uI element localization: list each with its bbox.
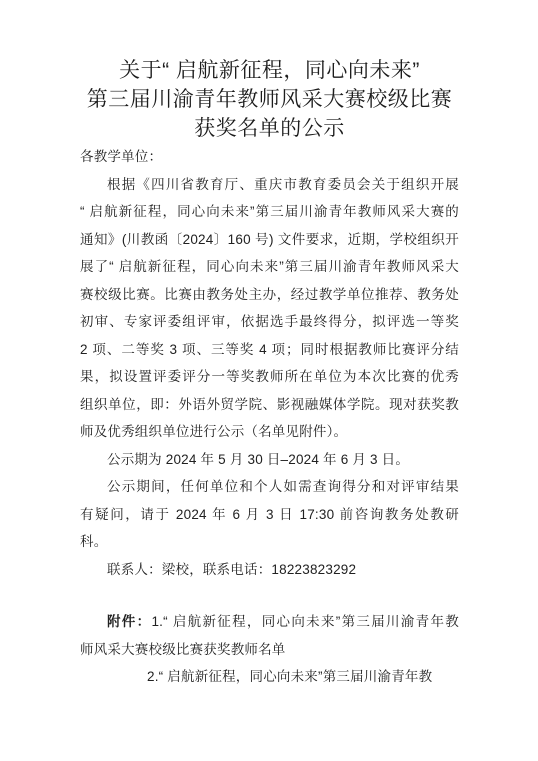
body-line: 根据《四川省教育厅、重庆市教育委员会关于组织开展	[80, 171, 459, 199]
line-text: 组织单位，即：外语外贸学院、影视融媒体学院。现对获奖教	[80, 397, 459, 412]
line-text: 师及优秀组织单位进行公示（名单见附件）。	[80, 424, 347, 439]
body-line: 师及优秀组织单位进行公示（名单见附件）。	[80, 418, 459, 446]
line-text: 果，拟设置评委评分一等奖教师所在单位为本次比赛的优秀	[80, 369, 459, 384]
line-text: 2 项、二等奖 3 项、三等奖 4 项；同时根据教师比赛评分结	[80, 342, 459, 357]
line-text: 联系人：梁校，联系电话：18223823292	[107, 562, 356, 577]
title-line-2: 第三届川渝青年教师风采大赛校级比赛	[80, 85, 459, 114]
body-line: 2 项、二等奖 3 项、三等奖 4 项；同时根据教师比赛评分结	[80, 336, 459, 364]
line-text: 展了“ 启航新征程，同心向未来”第三届川渝青年教师风采大	[80, 259, 459, 274]
line-text: 有疑问，请于 2024 年 6 月 3 日 17:30 前咨询教务处教研	[80, 507, 459, 522]
line-text: 公示期间，任何单位和个人如需查询得分和对评审结果	[107, 479, 459, 494]
body-line: 2.“ 启航新征程，同心向未来”第三届川渝青年教	[80, 663, 459, 691]
body-line: 各教学单位：	[80, 143, 459, 171]
line-text: 赛校级比赛。比赛由教务处主办，经过教学单位推荐、教务处	[80, 287, 459, 302]
body-line: 联系人：梁校，联系电话：18223823292	[80, 556, 459, 584]
body-line: 通知》(川教函〔2024〕160 号) 文件要求，近期，学校组织开	[80, 226, 459, 254]
body-line: 科。	[80, 528, 459, 556]
line-text: 通知》(川教函〔2024〕160 号) 文件要求，近期，学校组织开	[80, 232, 459, 247]
body-line: “ 启航新征程，同心向未来”第三届川渝青年教师风采大赛的	[80, 198, 459, 226]
document-body: 各教学单位：根据《四川省教育厅、重庆市教育委员会关于组织开展“ 启航新征程，同心…	[80, 143, 459, 691]
document-title: 关于“ 启航新征程，同心向未来” 第三届川渝青年教师风采大赛校级比赛 获奖名单的…	[80, 56, 459, 143]
line-text: 科。	[80, 534, 107, 549]
title-line-3: 获奖名单的公示	[80, 114, 459, 143]
title-line-1: 关于“ 启航新征程，同心向未来”	[80, 56, 459, 85]
attachment-line: 附件：1.“ 启航新征程，同心向未来”第三届川渝青年教	[80, 608, 459, 636]
body-line: 有疑问，请于 2024 年 6 月 3 日 17:30 前咨询教务处教研	[80, 501, 459, 529]
body-line: 组织单位，即：外语外贸学院、影视融媒体学院。现对获奖教	[80, 391, 459, 419]
body-line: 公示期间，任何单位和个人如需查询得分和对评审结果	[80, 473, 459, 501]
line-text: 师风采大赛校级比赛获奖教师名单	[80, 642, 286, 657]
body-line: 师风采大赛校级比赛获奖教师名单	[80, 636, 459, 664]
line-text: 1.“ 启航新征程，同心向未来”第三届川渝青年教	[151, 614, 459, 629]
body-line: 展了“ 启航新征程，同心向未来”第三届川渝青年教师风采大	[80, 253, 459, 281]
body-line: 果，拟设置评委评分一等奖教师所在单位为本次比赛的优秀	[80, 363, 459, 391]
body-line: 赛校级比赛。比赛由教务处主办，经过教学单位推荐、教务处	[80, 281, 459, 309]
line-text: 初审、专家评委组评审，依据选手最终得分，拟评选一等奖	[80, 314, 459, 329]
line-text: “ 启航新征程，同心向未来”第三届川渝青年教师风采大赛的	[80, 204, 459, 219]
line-text: 2.“ 启航新征程，同心向未来”第三届川渝青年教	[147, 669, 432, 684]
body-line: 公示期为 2024 年 5 月 30 日–2024 年 6 月 3 日。	[80, 446, 459, 474]
line-text: 公示期为 2024 年 5 月 30 日–2024 年 6 月 3 日。	[107, 452, 409, 467]
body-line: 初审、专家评委组评审，依据选手最终得分，拟评选一等奖	[80, 308, 459, 336]
attachment-label: 附件：	[107, 614, 151, 629]
line-text: 各教学单位：	[80, 149, 162, 164]
document-page: 关于“ 启航新征程，同心向未来” 第三届川渝青年教师风采大赛校级比赛 获奖名单的…	[0, 0, 538, 761]
line-text: 根据《四川省教育厅、重庆市教育委员会关于组织开展	[107, 177, 459, 192]
